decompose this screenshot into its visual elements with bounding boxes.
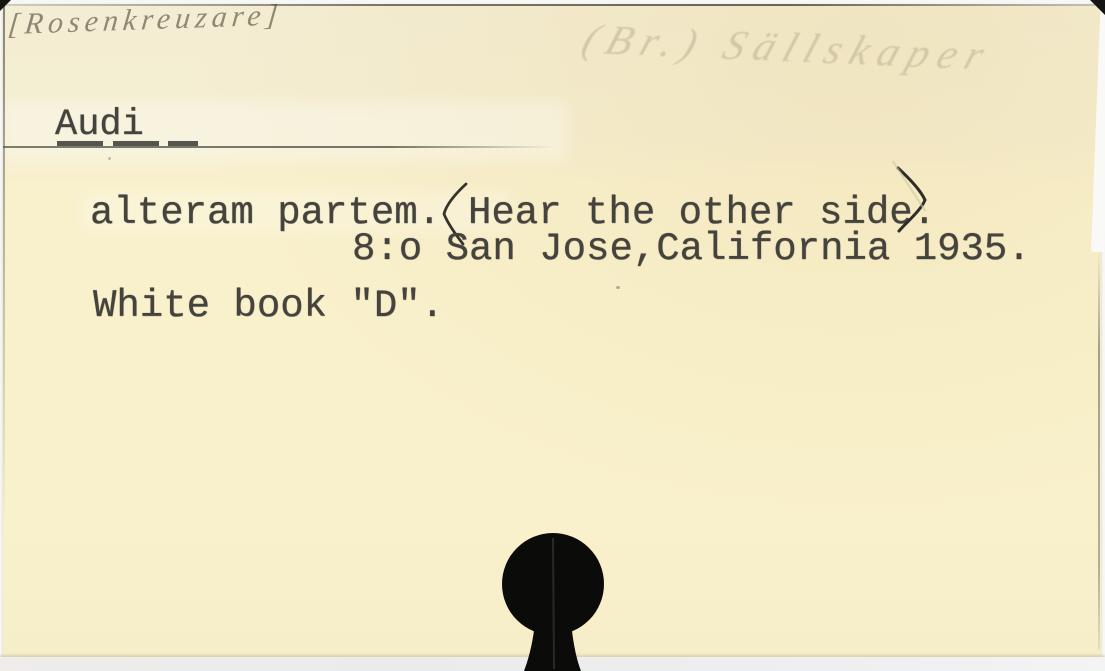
ink-speck [108, 157, 111, 160]
ink-speck [616, 286, 620, 289]
keyhole-punch-icon [495, 530, 615, 671]
card-heading-title: Audi [55, 104, 144, 146]
card-right-edge-shadow [1098, 250, 1100, 650]
scanned-catalog-card-page: [Rosenkreuzare] (Br.) Sällskaper Audi al… [0, 0, 1105, 671]
heading-rule-line [3, 146, 555, 148]
scan-corner-notch [0, 0, 11, 11]
card-top-edge-shadow [5, 4, 1095, 6]
card-left-edge-shadow [3, 6, 5, 526]
white-book-note-text: White book "D". [93, 285, 444, 327]
scan-corner-notch [1090, 0, 1105, 15]
imprint-text: 8:o San Jose,California 1935. [352, 228, 1031, 270]
